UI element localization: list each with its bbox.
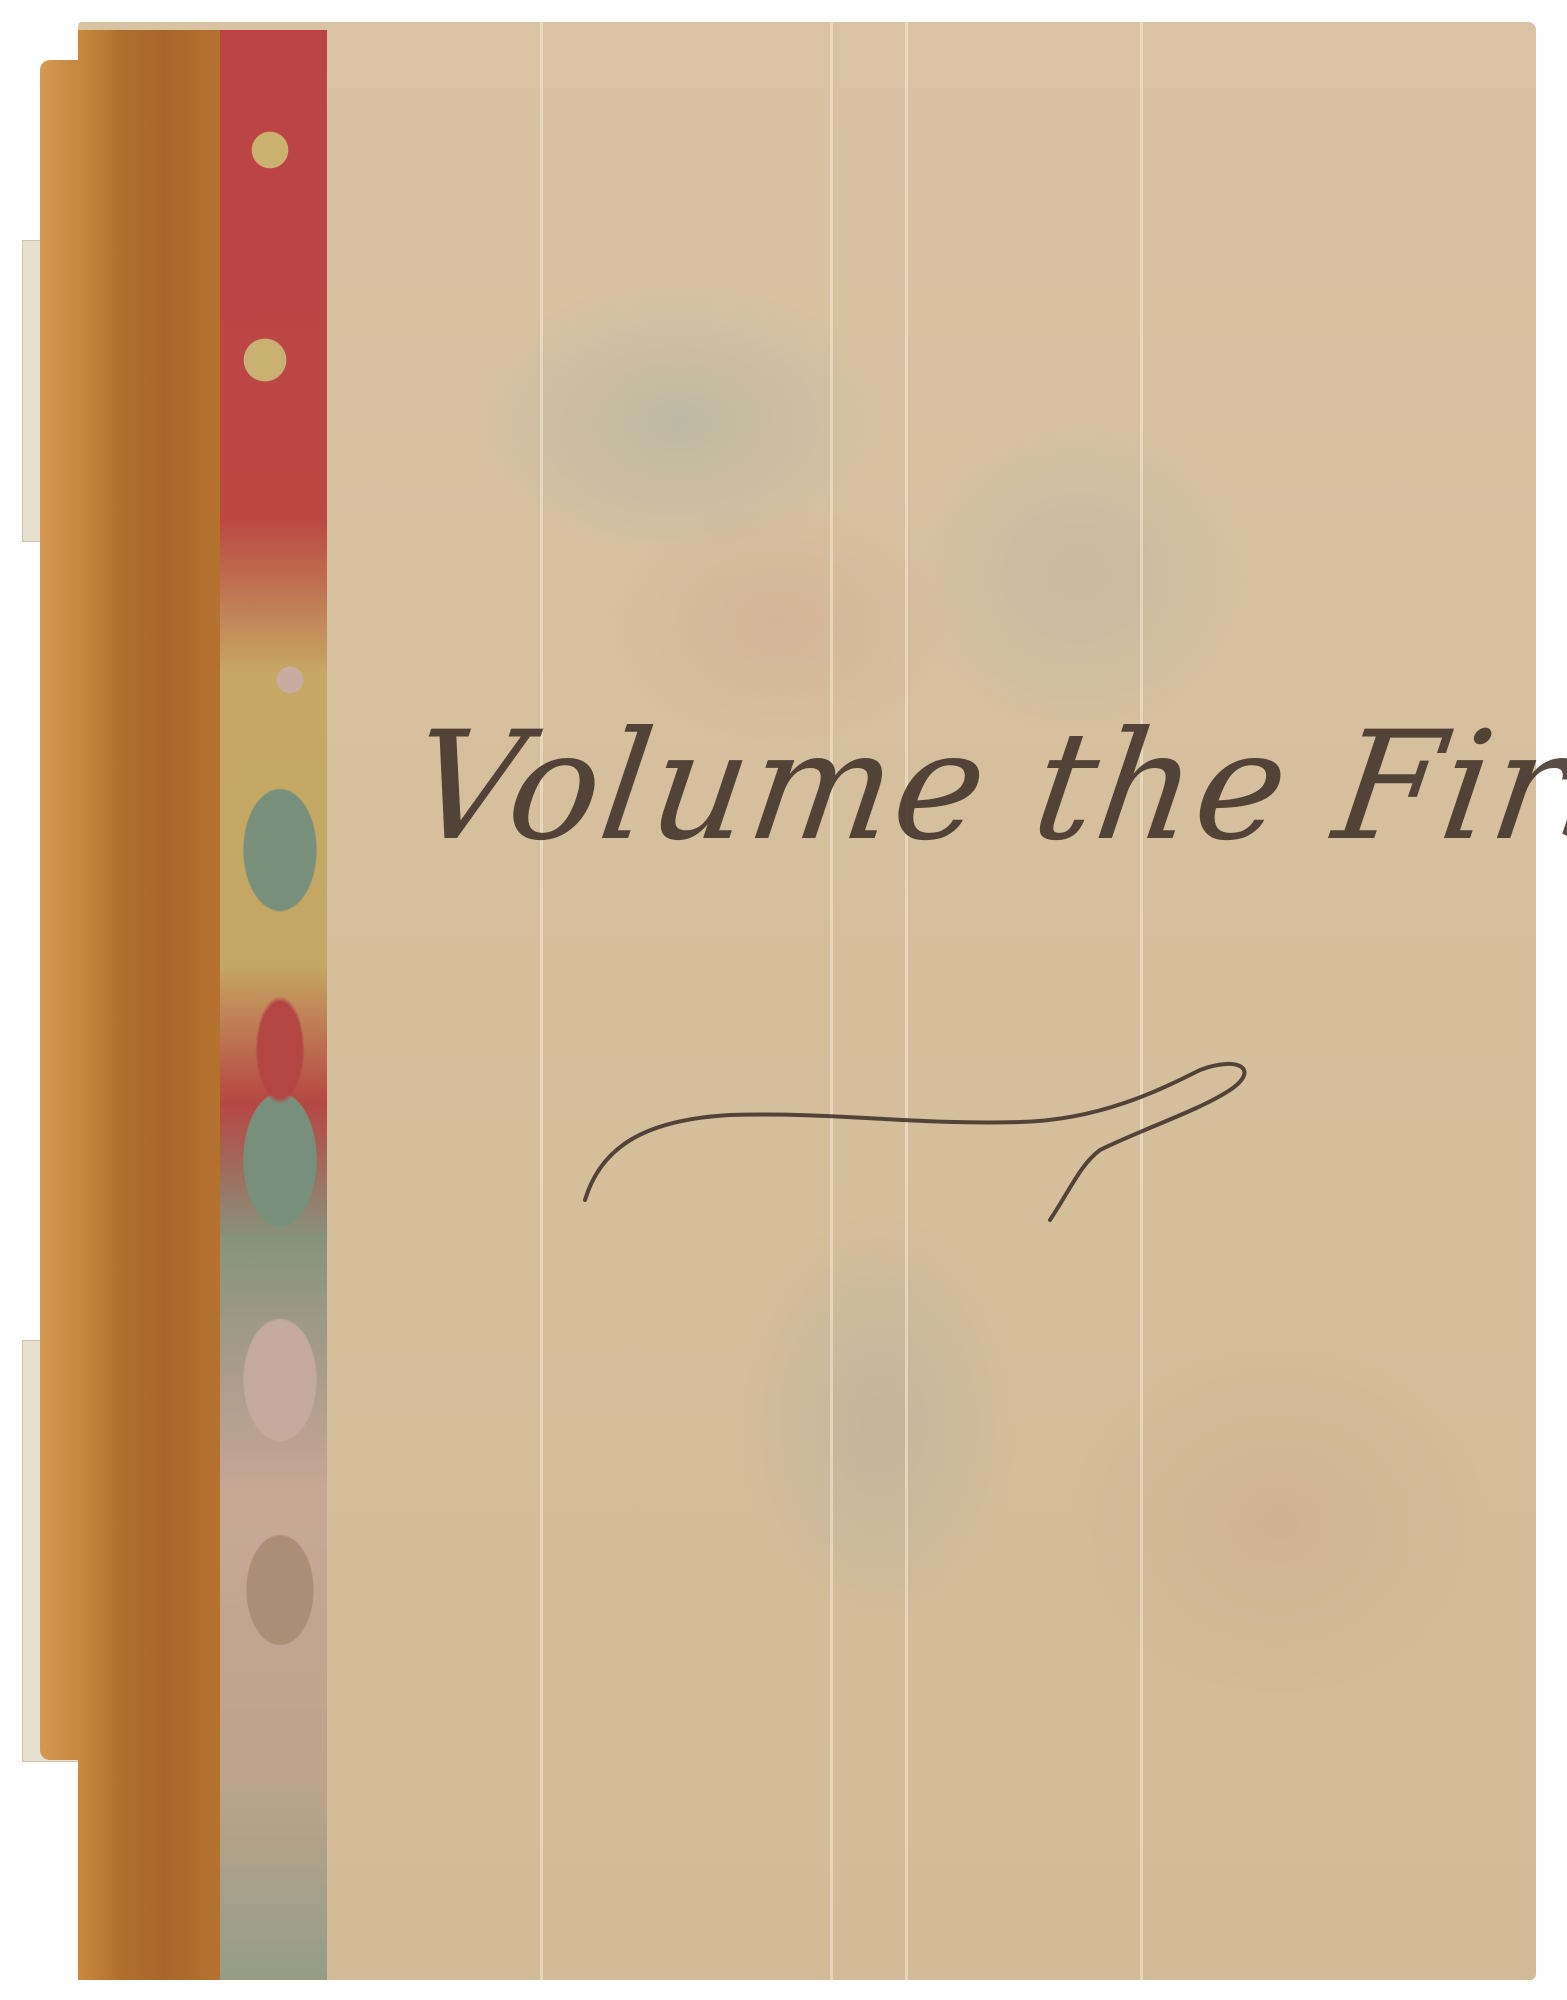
flourish-underline (580, 1050, 1280, 1250)
handwritten-title: Volume the First (394, 700, 1506, 930)
cover-crease (540, 22, 543, 1980)
leather-spine (78, 30, 220, 1980)
marbled-paper-strip (220, 30, 327, 1980)
cover-crease (1140, 22, 1143, 1980)
cover-crease (830, 22, 833, 1980)
cover-crease (905, 22, 908, 1980)
